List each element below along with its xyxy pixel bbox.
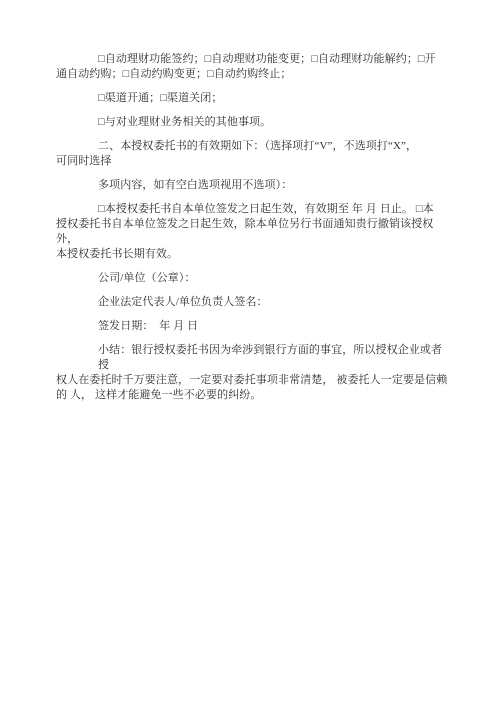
validity-options-paragraph: □本授权委托书自本单位签发之日起生效，有效期至 年 月 日止。 □本 授权委托书… (56, 202, 448, 262)
text-line: 签发日期： 年 月 日 (56, 319, 448, 334)
text-line: 小结：银行授权委托书因为牵涉到银行方面的事宜，所以授权企业或者授 (56, 343, 448, 373)
validity-note-paragraph: 多项内容，如有空白选项视用不选项）： (56, 178, 448, 193)
text-line: 公司/单位（公章）： (56, 271, 448, 286)
auto-finance-options-paragraph: □自动理财功能签约；□自动理财功能变更；□自动理财功能解约；□开 通自动约购；□… (56, 52, 448, 82)
text-line: □渠道开通；□渠道关闭； (56, 91, 448, 106)
text-line: 多项内容，如有空白选项视用不选项）： (56, 178, 448, 193)
text-line: 权人在委托时千万要注意，一定要对委托事项非常清楚， 被委托人一定要是信赖 (56, 373, 448, 388)
other-matters-paragraph: □与对业理财业务相关的其他事项。 (56, 115, 448, 130)
legal-representative-signature-line: 企业法定代表人/单位负责人签名： (56, 295, 448, 310)
text-line: 授权委托书自本单位签发之日起生效，除本单位另行书面通知贵行撤销该授权外， (56, 217, 448, 247)
text-line: □自动理财功能签约；□自动理财功能变更；□自动理财功能解约；□开 (56, 52, 448, 67)
text-line: □本授权委托书自本单位签发之日起生效，有效期至 年 月 日止。 □本 (56, 202, 448, 217)
text-line: 二、本授权委托书的有效期如下：（选择项打“V”，不选项打“X”， (56, 139, 448, 154)
document-body: □自动理财功能签约；□自动理财功能变更；□自动理财功能解约；□开 通自动约购；□… (0, 0, 500, 403)
text-line: 可同时选择 (56, 154, 448, 169)
company-seal-line: 公司/单位（公章）： (56, 271, 448, 286)
text-line: 企业法定代表人/单位负责人签名： (56, 295, 448, 310)
text-line: □与对业理财业务相关的其他事项。 (56, 115, 448, 130)
text-line: 通自动约购；□自动约购变更；□自动约购终止； (56, 67, 448, 82)
text-line: 的 人， 这样才能避免一些不必要的纠纷。 (56, 388, 448, 403)
channel-options-paragraph: □渠道开通；□渠道关闭； (56, 91, 448, 106)
validity-period-heading-paragraph: 二、本授权委托书的有效期如下：（选择项打“V”，不选项打“X”， 可同时选择 (56, 139, 448, 169)
document-page: □自动理财功能签约；□自动理财功能变更；□自动理财功能解约；□开 通自动约购；□… (0, 0, 500, 707)
issue-date-line: 签发日期： 年 月 日 (56, 319, 448, 334)
summary-paragraph: 小结：银行授权委托书因为牵涉到银行方面的事宜，所以授权企业或者授 权人在委托时千… (56, 343, 448, 403)
text-line: 本授权委托书长期有效。 (56, 247, 448, 262)
